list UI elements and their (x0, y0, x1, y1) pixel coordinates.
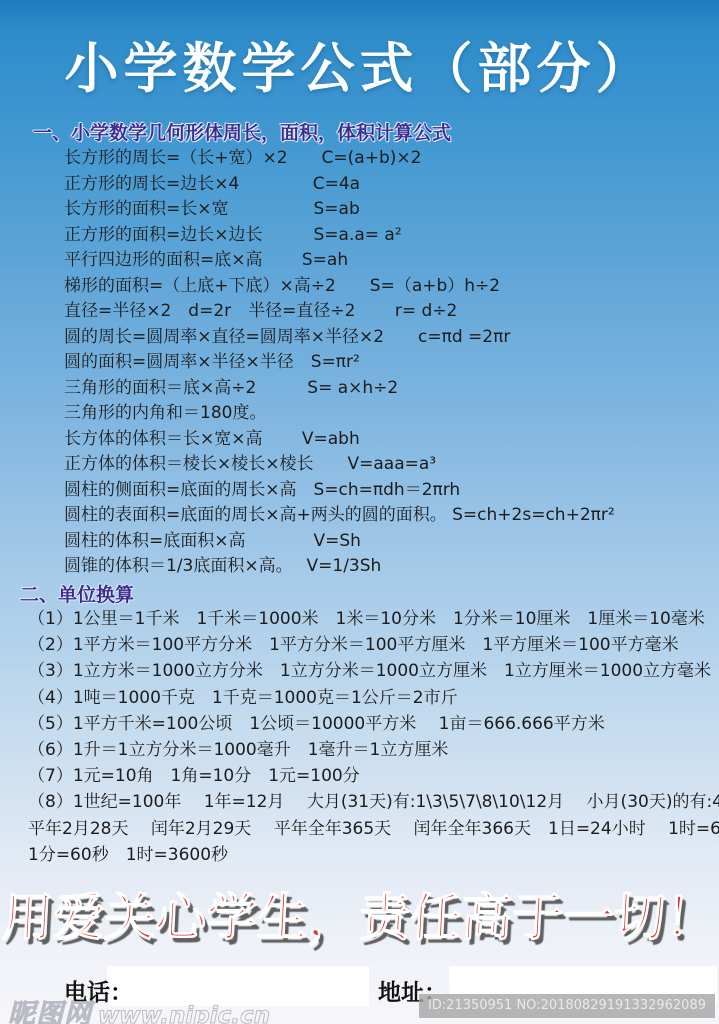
formula-line: 平行四边形的面积=底×高 S=ah (64, 248, 715, 274)
section-units-heading: 二、单位换算 (20, 580, 134, 607)
formula-line: 圆的面积=圆周率×半径×半径 S=πr² (64, 350, 715, 376)
unit-line: （8）1世纪=100年 1年=12月 大月(31天)有:1\3\5\7\8\10… (28, 789, 717, 815)
unit-conversion-list: （1）1公里＝1千米 1千米＝1000米 1米＝10分米 1分米＝10厘米 1厘… (28, 606, 717, 868)
watermark-site-name: 昵图网 (8, 999, 92, 1024)
formula-line: 圆锥的体积＝1/3底面积×高。 V=1/3Sh (64, 554, 715, 580)
watermark-site-url: www.nipic.cn (98, 1003, 270, 1024)
unit-line: （5）1平方千米=100公顷 1公顷＝10000平方米 1亩＝666.666平方… (28, 711, 717, 737)
formula-line: 圆柱的表面积=底面的周长×高+两头的圆的面积。 S=ch+2s=ch+2πr² (64, 503, 715, 529)
unit-line: （2）1平方米＝100平方分米 1平方分米＝100平方厘米 1平方厘米＝100平… (28, 632, 717, 658)
unit-line: 平年2月28天 闰年2月29天 平年全年365天 闰年全年366天 1日=24小… (28, 816, 717, 842)
slogan-text: 用爱关心学生，责任高于一切！ (0, 876, 719, 950)
section-geometry-heading: 一、小学数学几何形体周长，面积，体积计算公式 (33, 118, 451, 145)
nipic-watermark: 昵图网www.nipic.cn (8, 992, 270, 1024)
formula-line: 长方体的体积＝长×宽×高 V=abh (64, 427, 715, 453)
formula-line: 正方形的面积=边长×边长 S=a.a= a² (64, 223, 715, 249)
formula-line: 长方形的周长=（长+宽）×2 C=(a+b)×2 (64, 146, 715, 172)
unit-line: （1）1公里＝1千米 1千米＝1000米 1米＝10分米 1分米＝10厘米 1厘… (28, 606, 717, 632)
unit-line: 1分=60秒 1时=3600秒 (28, 842, 717, 868)
formula-line: 圆的周长=圆周率×直径=圆周率×半径×2 c=πd =2πr (64, 325, 715, 351)
formula-line: 圆柱的侧面积=底面的周长×高 S=ch=πdh＝2πrh (64, 478, 715, 504)
geometry-formula-list: 长方形的周长=（长+宽）×2 C=(a+b)×2 正方形的周长=边长×4 C=4… (64, 146, 715, 580)
unit-line: （4）1吨＝1000千克 1千克＝1000克＝1公斤＝2市斤 (28, 685, 717, 711)
image-id-badge: ID:21350951 NO:20180829191332962089 (419, 994, 715, 1018)
unit-line: （3）1立方米＝1000立方分米 1立方分米＝1000立方厘米 1立方厘米＝10… (28, 658, 717, 684)
formula-line: 正方形的周长=边长×4 C=4a (64, 172, 715, 198)
formula-line: 三角形的面积＝底×高÷2 S= a×h÷2 (64, 376, 715, 402)
formula-line: 梯形的面积=（上底+下底）×高÷2 S=（a+b）h÷2 (64, 274, 715, 300)
math-formula-poster: 小学数学公式（部分） 一、小学数学几何形体周长，面积，体积计算公式 长方形的周长… (0, 0, 719, 1024)
unit-line: （6）1升＝1立方分米＝1000毫升 1毫升＝1立方厘米 (28, 737, 717, 763)
unit-line: （7）1元=10角 1角=10分 1元=100分 (28, 763, 717, 789)
formula-line: 正方体的体积＝棱长×棱长×棱长 V=aaa=a³ (64, 452, 715, 478)
formula-line: 直径=半径×2 d=2r 半径=直径÷2 r= d÷2 (64, 299, 715, 325)
poster-title: 小学数学公式（部分） (0, 26, 719, 103)
formula-line: 长方形的面积=长×宽 S=ab (64, 197, 715, 223)
formula-line: 三角形的内角和＝180度。 (64, 401, 715, 427)
formula-line: 圆柱的体积=底面积×高 V=Sh (64, 529, 715, 555)
